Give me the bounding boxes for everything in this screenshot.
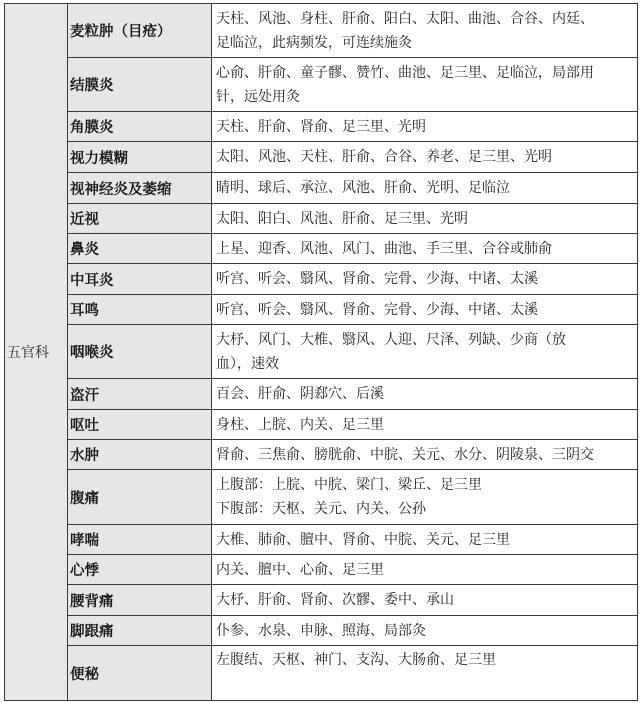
acupoints-line: 肾俞、三焦俞、膀胱俞、中脘、关元、水分、阴陵泉、三阴交 — [216, 443, 633, 467]
acupoints-cell: 太阳、阳白、风池、肝俞、足三里、光明 — [212, 204, 638, 234]
table-row: 耳鸣听宫、听会、翳风、肾俞、完骨、少海、中诸、太溪 — [5, 295, 638, 325]
disease-cell: 视力模糊 — [68, 142, 212, 173]
table-row: 水肿肾俞、三焦俞、膀胱俞、中脘、关元、水分、阴陵泉、三阴交 — [5, 440, 638, 470]
acupoints-cell: 天柱、肝俞、肾俞、足三里、光明 — [212, 112, 638, 142]
acupoints-line: 大椎、肺俞、膻中、肾俞、中脘、关元、足三里 — [216, 528, 633, 552]
table-row: 咽喉炎大杼、风门、大椎、翳风、人迎、尺泽、列缺、少商（放血），速效 — [5, 325, 638, 379]
disease-cell: 麦粒肿（目疮） — [68, 4, 212, 58]
table-row: 腹痛上腹部：上脘、中脘、梁门、梁丘、足三里下腹部：天枢、关元、内关、公孙 — [5, 470, 638, 525]
disease-cell: 角膜炎 — [68, 112, 212, 142]
acupoints-cell: 听宫、听会、翳风、肾俞、完骨、少海、中诸、太溪 — [212, 295, 638, 325]
disease-cell: 视神经炎及萎缩 — [68, 173, 212, 204]
table-row: 腰背痛大杼、肝俞、肾俞、次髎、委中、承山 — [5, 585, 638, 616]
acupoints-line: 仆参、水泉、申脉、照海、局部灸 — [216, 619, 633, 643]
disease-cell: 心悸 — [68, 555, 212, 585]
disease-cell: 脚跟痛 — [68, 616, 212, 646]
disease-cell: 便秘 — [68, 646, 212, 701]
disease-cell: 耳鸣 — [68, 295, 212, 325]
disease-cell: 咽喉炎 — [68, 325, 212, 379]
acupoints-cell: 听宫、听会、翳风、肾俞、完骨、少海、中诸、太溪 — [212, 264, 638, 295]
disease-cell: 结膜炎 — [68, 58, 212, 112]
acupoint-table: 五官科麦粒肿（目疮）天柱、风池、身柱、肝俞、阳白、太阳、曲池、合谷、内廷、足临泣… — [4, 3, 638, 701]
acupoints-line: 太阳、风池、天柱、肝俞、合谷、养老、足三里、光明 — [216, 145, 633, 169]
category-cell: 五官科 — [5, 4, 68, 701]
acupoints-cell: 左腹结、天枢、神门、支沟、大肠俞、足三里 — [212, 646, 638, 701]
table-row: 五官科麦粒肿（目疮）天柱、风池、身柱、肝俞、阳白、太阳、曲池、合谷、内廷、足临泣… — [5, 4, 638, 58]
acupoints-cell: 大椎、肺俞、膻中、肾俞、中脘、关元、足三里 — [212, 525, 638, 555]
acupoints-line: 听宫、听会、翳风、肾俞、完骨、少海、中诸、太溪 — [216, 267, 633, 291]
disease-cell: 腹痛 — [68, 470, 212, 525]
table-row: 脚跟痛仆参、水泉、申脉、照海、局部灸 — [5, 616, 638, 646]
table-row: 视力模糊太阳、风池、天柱、肝俞、合谷、养老、足三里、光明 — [5, 142, 638, 173]
acupoints-line: 身柱、上脘、内关、足三里 — [216, 413, 633, 437]
disease-cell: 腰背痛 — [68, 585, 212, 616]
acupoints-line: 听宫、听会、翳风、肾俞、完骨、少海、中诸、太溪 — [216, 298, 633, 322]
acupoints-line: 睛明、球后、承泣、风池、肝俞、光明、足临泣 — [216, 176, 633, 200]
acupoints-cell: 上星、迎香、风池、风门、曲池、手三里、合谷或肺俞 — [212, 234, 638, 264]
acupoints-cell: 大杼、肝俞、肾俞、次髎、委中、承山 — [212, 585, 638, 616]
acupoints-cell: 身柱、上脘、内关、足三里 — [212, 410, 638, 440]
acupoints-line: 内关、膻中、心俞、足三里 — [216, 558, 633, 582]
acupoints-cell: 内关、膻中、心俞、足三里 — [212, 555, 638, 585]
acupoints-line: 血），速效 — [216, 352, 633, 376]
acupoints-line: 下腹部：天枢、关元、内关、公孙 — [216, 497, 633, 521]
acupoints-line: 上星、迎香、风池、风门、曲池、手三里、合谷或肺俞 — [216, 237, 633, 261]
table-row: 呕吐身柱、上脘、内关、足三里 — [5, 410, 638, 440]
table-row: 心悸内关、膻中、心俞、足三里 — [5, 555, 638, 585]
acupoints-line: 上腹部：上脘、中脘、梁门、梁丘、足三里 — [216, 473, 633, 497]
table-row: 角膜炎天柱、肝俞、肾俞、足三里、光明 — [5, 112, 638, 142]
table-row: 便秘左腹结、天枢、神门、支沟、大肠俞、足三里 — [5, 646, 638, 701]
acupoints-line: 足临泣，此病频发，可连续施灸 — [216, 31, 633, 55]
table-row: 盗汗百会、肝俞、阴郄穴、后溪 — [5, 379, 638, 410]
disease-cell: 呕吐 — [68, 410, 212, 440]
acupoints-line: 太阳、阳白、风池、肝俞、足三里、光明 — [216, 207, 633, 231]
acupoints-line: 百会、肝俞、阴郄穴、后溪 — [216, 382, 633, 406]
disease-cell: 鼻炎 — [68, 234, 212, 264]
acupoints-cell: 太阳、风池、天柱、肝俞、合谷、养老、足三里、光明 — [212, 142, 638, 173]
acupoints-cell: 百会、肝俞、阴郄穴、后溪 — [212, 379, 638, 410]
disease-cell: 盗汗 — [68, 379, 212, 410]
disease-cell: 水肿 — [68, 440, 212, 470]
acupoints-cell: 睛明、球后、承泣、风池、肝俞、光明、足临泣 — [212, 173, 638, 204]
table-row: 视神经炎及萎缩睛明、球后、承泣、风池、肝俞、光明、足临泣 — [5, 173, 638, 204]
table-row: 中耳炎听宫、听会、翳风、肾俞、完骨、少海、中诸、太溪 — [5, 264, 638, 295]
acupoints-cell: 上腹部：上脘、中脘、梁门、梁丘、足三里下腹部：天枢、关元、内关、公孙 — [212, 470, 638, 525]
acupoints-line: 心俞、肝俞、童子髎、赞竹、曲池、足三里、足临泣，局部用 — [216, 61, 633, 85]
disease-cell: 中耳炎 — [68, 264, 212, 295]
disease-cell: 哮喘 — [68, 525, 212, 555]
acupoints-cell: 心俞、肝俞、童子髎、赞竹、曲池、足三里、足临泣，局部用针，远处用灸 — [212, 58, 638, 112]
acupoints-line: 天柱、风池、身柱、肝俞、阳白、太阳、曲池、合谷、内廷、 — [216, 7, 633, 31]
acupoints-line: 左腹结、天枢、神门、支沟、大肠俞、足三里 — [216, 648, 633, 672]
acupoints-cell: 肾俞、三焦俞、膀胱俞、中脘、关元、水分、阴陵泉、三阴交 — [212, 440, 638, 470]
acupoints-line: 天柱、肝俞、肾俞、足三里、光明 — [216, 115, 633, 139]
table-row: 结膜炎心俞、肝俞、童子髎、赞竹、曲池、足三里、足临泣，局部用针，远处用灸 — [5, 58, 638, 112]
acupoints-line: 大杼、肝俞、肾俞、次髎、委中、承山 — [216, 588, 633, 612]
acupoints-line: 针，远处用灸 — [216, 85, 633, 109]
table-row: 鼻炎上星、迎香、风池、风门、曲池、手三里、合谷或肺俞 — [5, 234, 638, 264]
table-row: 近视太阳、阳白、风池、肝俞、足三里、光明 — [5, 204, 638, 234]
acupoints-cell: 大杼、风门、大椎、翳风、人迎、尺泽、列缺、少商（放血），速效 — [212, 325, 638, 379]
acupoints-line: 大杼、风门、大椎、翳风、人迎、尺泽、列缺、少商（放 — [216, 328, 633, 352]
acupoints-cell: 天柱、风池、身柱、肝俞、阳白、太阳、曲池、合谷、内廷、足临泣，此病频发，可连续施… — [212, 4, 638, 58]
table-row: 哮喘大椎、肺俞、膻中、肾俞、中脘、关元、足三里 — [5, 525, 638, 555]
disease-cell: 近视 — [68, 204, 212, 234]
acupoints-cell: 仆参、水泉、申脉、照海、局部灸 — [212, 616, 638, 646]
